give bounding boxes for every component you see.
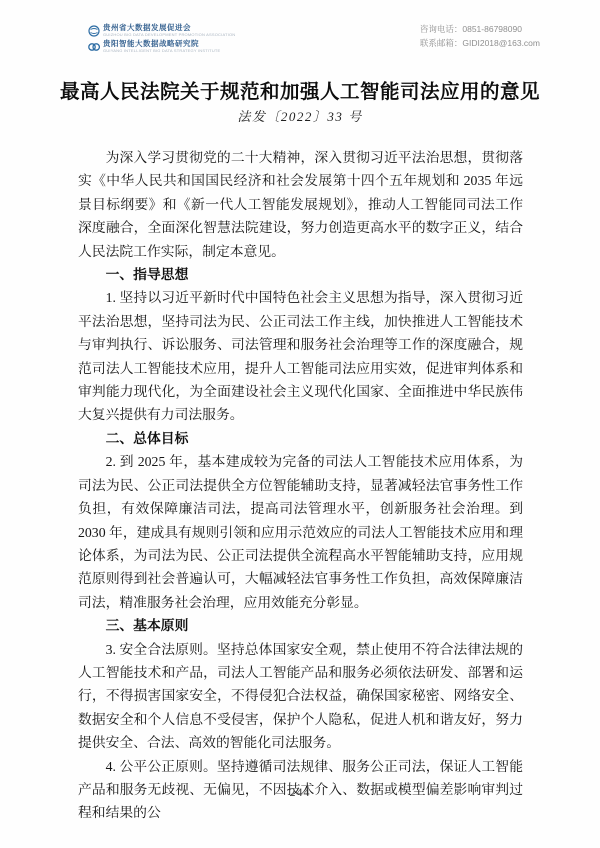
document-page: 贵州省大数据发展促进会 GUIZHOU BIG DATA DEVELOPMENT…: [0, 0, 600, 848]
email-label: 联系邮箱：: [420, 38, 463, 48]
document-number: 法发〔2022〕33 号: [0, 106, 600, 125]
paragraph-intro: 为深入学习贯彻党的二十大精神，深入贯彻习近平法治思想，贯彻落实《中华人民共和国国…: [78, 146, 523, 263]
organization-logos: 贵州省大数据发展促进会 GUIZHOU BIG DATA DEVELOPMENT…: [88, 24, 235, 56]
institute-name: 贵阳智能大数据战略研究院: [103, 40, 220, 48]
phone-label: 咨询电话：: [420, 24, 463, 34]
paragraph-2: 2. 到 2025 年，基本建成较为完备的司法人工智能技术应用体系，为司法为民、…: [78, 450, 523, 614]
association-name: 贵州省大数据发展促进会: [103, 24, 235, 32]
association-globe-logo-icon: [88, 24, 100, 36]
institute-go-logo-icon: [88, 40, 100, 52]
document-body: 为深入学习贯彻党的二十大精神，深入贯彻习近平法治思想，贯彻落实《中华人民共和国国…: [78, 146, 523, 825]
association-logo-row: 贵州省大数据发展促进会 GUIZHOU BIG DATA DEVELOPMENT…: [88, 24, 235, 37]
institute-logo-row: 贵阳智能大数据战略研究院 GUIYANG INTELLIGENT BIG DAT…: [88, 40, 235, 53]
contact-info: 咨询电话：0851-86798090 联系邮箱：GIDI2018@163.com: [420, 22, 540, 50]
institute-name-en: GUIYANG INTELLIGENT BIG DATA STRATEGY IN…: [103, 48, 220, 53]
section-heading-3: 三、基本原则: [78, 614, 523, 637]
document-title: 最高人民法院关于规范和加强人工智能司法应用的意见: [0, 76, 600, 104]
contact-email-line: 联系邮箱：GIDI2018@163.com: [420, 36, 540, 50]
email-address: GIDI2018@163.com: [462, 38, 540, 48]
section-heading-2: 二、总体目标: [78, 427, 523, 450]
paragraph-1: 1. 坚持以习近平新时代中国特色社会主义思想为指导，深入贯彻习近平法治思想，坚持…: [78, 286, 523, 426]
phone-number: 0851-86798090: [462, 24, 522, 34]
association-name-en: GUIZHOU BIG DATA DEVELOPMENT PROMOTION A…: [103, 32, 235, 37]
paragraph-3: 3. 安全合法原则。坚持总体国家安全观，禁止使用不符合法律法规的人工智能技术和产…: [78, 638, 523, 755]
contact-phone-line: 咨询电话：0851-86798090: [420, 22, 540, 36]
section-heading-1: 一、指导思想: [78, 263, 523, 286]
page-number: 244: [0, 785, 600, 800]
